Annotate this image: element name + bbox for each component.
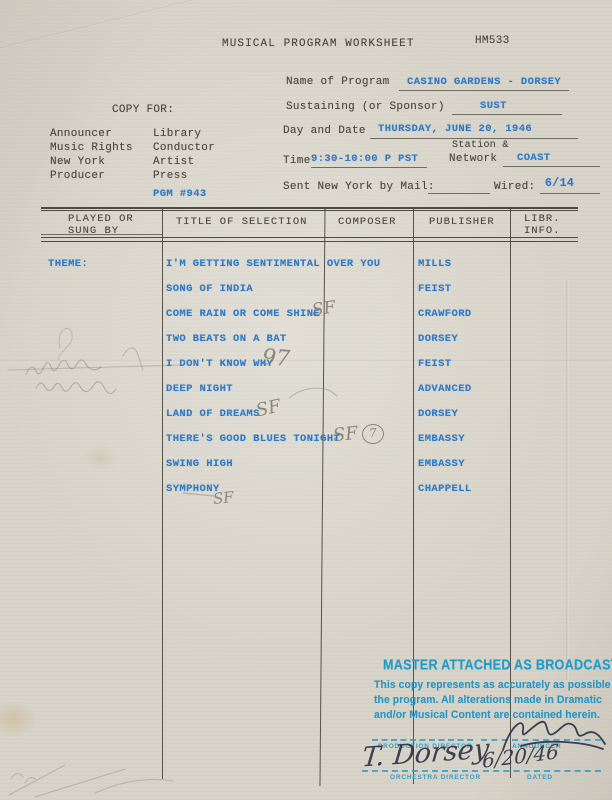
song-publisher: EMBASSY — [418, 433, 465, 445]
table-top-line — [41, 207, 578, 209]
time-underline — [311, 167, 427, 168]
orchestra-director-label: ORCHESTRA DIRECTOR — [390, 774, 481, 781]
copy-for-left-1: Announcer — [50, 128, 112, 140]
copy-for-right-1: Library — [153, 128, 201, 140]
station-value: COAST — [517, 152, 551, 164]
pencil-mark-dont-know-why: 97 — [261, 345, 291, 372]
station-label-line1: Station & — [452, 140, 509, 151]
copy-for-heading: COPY FOR: — [112, 104, 174, 116]
header-libr: LIBR. — [524, 213, 561, 225]
pencil-mark-come-rain: SF — [311, 297, 337, 320]
copy-for-right-4: Press — [153, 170, 188, 182]
sustaining-label: Sustaining (or Sponsor) — [286, 101, 445, 113]
header-bottom-line2 — [41, 241, 578, 242]
time-label: Time — [283, 155, 311, 167]
header-played-or: PLAYED OR — [68, 213, 134, 225]
form-number: HM533 — [475, 35, 510, 47]
song-publisher: FEIST — [418, 283, 452, 295]
table-row: SWING HIGHEMBASSY — [0, 455, 612, 480]
table-top-line2 — [41, 210, 578, 211]
pencil-stroke-above-sf — [285, 382, 345, 404]
dated-label: DATED — [527, 774, 553, 781]
paper-crease — [0, 0, 256, 58]
copy-for-right-2: Conductor — [153, 142, 215, 154]
header-info: INFO. — [524, 225, 561, 237]
copy-for-left-3: New York — [50, 156, 105, 168]
scanned-worksheet-page: MUSICAL PROGRAM WORKSHEET HM533 Name of … — [0, 0, 612, 800]
song-title: THERE'S GOOD BLUES TONIGHT — [166, 433, 340, 445]
header-title-of-selection: TITLE OF SELECTION — [176, 216, 307, 228]
sustaining-value: SUST — [480, 100, 507, 112]
paper-stain — [0, 700, 38, 738]
song-publisher: MILLS — [418, 258, 452, 270]
corner-pencil-scribble — [5, 735, 185, 800]
wired-label: Wired: — [494, 181, 535, 193]
pencil-mark-good-blues: SF — [332, 423, 359, 446]
copy-for-right-3: Artist — [153, 156, 194, 168]
name-of-program-label: Name of Program — [286, 76, 390, 88]
song-publisher: DORSEY — [418, 333, 458, 345]
table-row: I'M GETTING SENTIMENTAL OVER YOUMILLS — [0, 255, 612, 280]
header-sung-by: SUNG BY — [68, 225, 119, 237]
song-title: LAND OF DREAMS — [166, 408, 260, 420]
dated-signature: 6/20/46 — [482, 739, 559, 773]
name-underline — [399, 90, 569, 91]
song-publisher: EMBASSY — [418, 458, 465, 470]
table-row: THERE'S GOOD BLUES TONIGHTEMBASSY — [0, 430, 612, 455]
table-row: LAND OF DREAMSDORSEY — [0, 405, 612, 430]
table-row: SYMPHONYCHAPPELL — [0, 480, 612, 505]
station-label-line2: Network — [449, 153, 497, 165]
pencil-dash-symphony — [182, 489, 216, 499]
copy-for-left-4: Producer — [50, 170, 105, 182]
stamp-line2: the program. All alterations made in Dra… — [374, 694, 602, 706]
song-publisher: CRAWFORD — [418, 308, 472, 320]
paper-crease — [330, 0, 612, 1]
time-value: 9:30-10:00 P PST — [311, 153, 418, 165]
name-of-program-value: CASINO GARDENS - DORSEY — [407, 76, 561, 88]
sent-label: Sent New York by Mail: — [283, 181, 435, 193]
song-publisher: CHAPPELL — [418, 483, 472, 495]
song-publisher: DORSEY — [418, 408, 458, 420]
day-date-underline — [370, 138, 578, 139]
sent-underline — [428, 193, 490, 194]
day-date-value: THURSDAY, JUNE 20, 1946 — [378, 123, 532, 135]
song-title: SWING HIGH — [166, 458, 233, 470]
song-title: SONG OF INDIA — [166, 283, 253, 295]
song-publisher: ADVANCED — [418, 383, 472, 395]
stamp-heading: MASTER ATTACHED AS BROADCAST: — [383, 656, 612, 673]
day-date-label: Day and Date — [283, 125, 366, 137]
wired-value: 6/14 — [545, 177, 574, 190]
header-composer: COMPOSER — [338, 216, 396, 228]
pgm-number: PGM #943 — [153, 188, 207, 200]
wired-underline — [540, 193, 600, 194]
stamp-line1: This copy represents as accurately as po… — [374, 679, 611, 691]
station-underline — [503, 166, 600, 167]
header-publisher: PUBLISHER — [429, 216, 495, 228]
song-publisher: FEIST — [418, 358, 452, 370]
song-title: I'M GETTING SENTIMENTAL OVER YOU — [166, 258, 380, 270]
margin-pencil-scribble — [8, 318, 208, 403]
copy-for-left-2: Music Rights — [50, 142, 133, 154]
header-bottom-line — [41, 237, 578, 238]
page-title: MUSICAL PROGRAM WORKSHEET — [222, 38, 415, 50]
table-row: SONG OF INDIAFEIST — [0, 280, 612, 305]
sustaining-underline — [452, 114, 562, 115]
